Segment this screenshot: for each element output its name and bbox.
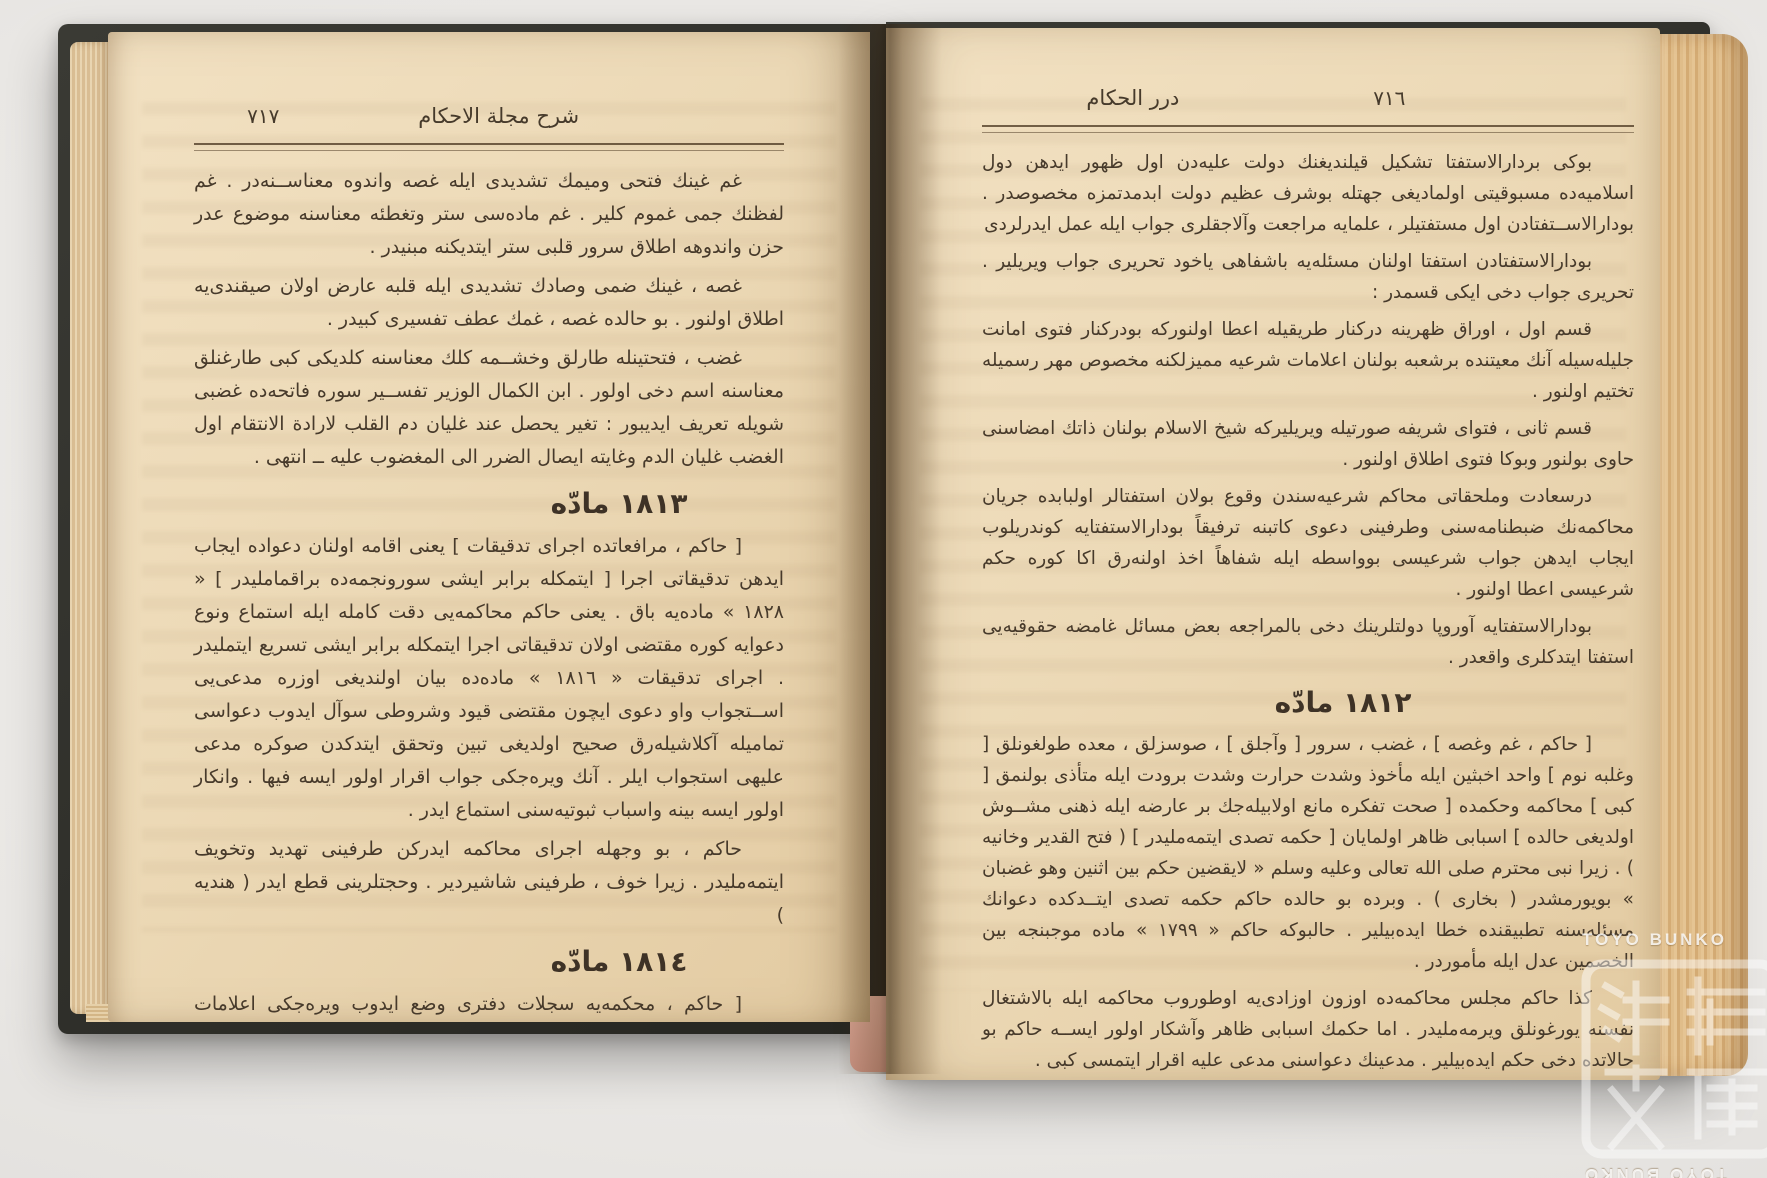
article-heading-1814: ١٨١٤ مادّه (324, 942, 870, 982)
left-page-body: غم غينك فتحى وميمك تشديدى ايله غصه واندو… (194, 165, 784, 1022)
left-header-rule (194, 143, 784, 151)
paragraph: بوكى بردارالاستفتا تشكيل قيلنديغنك دولت … (982, 147, 1634, 240)
paragraph: بودارالاستفتايه آوروپا دولتلرينك دخى بال… (982, 611, 1634, 673)
left-page-number: ٧١٧ (247, 104, 279, 128)
paragraph: بودارالاستفتادن استفتا اولنان مسئله‌يه ب… (982, 246, 1634, 308)
paragraph: كذا حاكم مجلس محاكمه‌ده اوزون اوزادى‌يه … (982, 983, 1634, 1076)
book-spread: ٧١٧ شرح مجلة الاحكام غم غينك فتحى وميمك … (0, 0, 1767, 1178)
paragraph: غم غينك فتحى وميمك تشديدى ايله غصه واندو… (194, 165, 784, 264)
paragraph: [ حاكم ، غم وغصه ] ، غضب ، سرور [ وآجلق … (982, 729, 1634, 977)
paragraph: قسم ثانى ، فتواى شريفه صورتيله ويريليركه… (982, 413, 1634, 475)
right-page-number: ٧١٦ (1373, 86, 1405, 110)
paragraph: [ حاكم ، مرافعاتده اجراى تدقيقات ] يعنى … (194, 530, 784, 827)
paragraph: درسعادت وملحقاتى محاكم شرعيه‌سندن وقوع ب… (982, 481, 1634, 605)
left-page: ٧١٧ شرح مجلة الاحكام غم غينك فتحى وميمك … (108, 32, 870, 1022)
paragraph: [ حاكم ، محكمه‌يه سجلات دفترى وضع ايدوب … (194, 988, 784, 1022)
paragraph: حاكم ، بو وجهله اجراى محاكمه ايدركن طرفي… (194, 833, 784, 932)
fore-edge-pages (1656, 34, 1748, 1076)
right-header-rule (982, 125, 1634, 133)
right-page-header: درر الحكام ٧١٦ (982, 86, 1634, 120)
left-page-header: ٧١٧ شرح مجلة الاحكام (194, 104, 784, 138)
right-running-title: درر الحكام (1086, 86, 1179, 110)
left-running-title: شرح مجلة الاحكام (418, 104, 579, 128)
article-heading-1812: ١٨١٢ مادّه (1017, 683, 1660, 723)
page-edges-left (70, 42, 110, 1014)
toyo-bunko-label-bottom: TOYO BUNKO (1582, 1164, 1727, 1178)
paragraph: غصه ، غينك ضمى وصادك تشديدى ايله قلبه عا… (194, 270, 784, 336)
right-page: درر الحكام ٧١٦ بوكى بردارالاستفتا تشكيل … (886, 28, 1660, 1080)
right-page-body: بوكى بردارالاستفتا تشكيل قيلنديغنك دولت … (982, 147, 1634, 1076)
paragraph: قسم اول ، اوراق ظهرينه دركنار طريقيله اع… (982, 314, 1634, 407)
article-heading-1813: ١٨١٣ مادّه (324, 484, 870, 524)
paragraph: غضب ، فتحتينله طارلق وخشــمه كلك معناسنه… (194, 342, 784, 474)
